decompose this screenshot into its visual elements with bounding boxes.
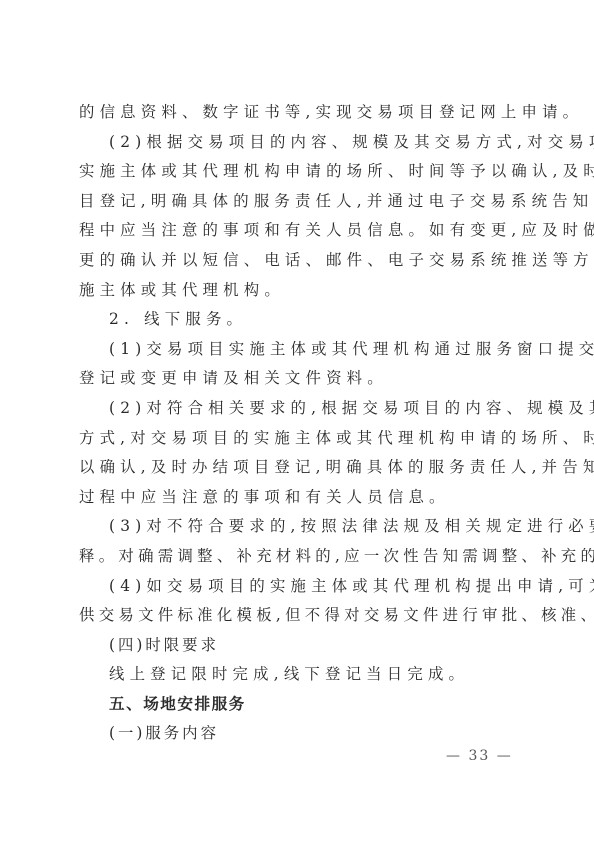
section-heading: 五、场地安排服务 bbox=[79, 690, 519, 720]
text-line: 供交易文件标准化模板,但不得对交易文件进行审批、核准、备案。 bbox=[79, 601, 519, 631]
section-item-heading: 2. 线下服务。 bbox=[79, 305, 519, 335]
subheading-time-limit: (四)时限要求 bbox=[79, 631, 519, 661]
text-line: 过程中应当注意的事项和有关人员信息。 bbox=[79, 483, 519, 513]
text-line: (1)交易项目实施主体或其代理机构通过服务窗口提交项目 bbox=[79, 335, 519, 365]
text-line: (4)如交易项目的实施主体或其代理机构提出申请,可为其提 bbox=[79, 572, 519, 602]
text-line: 程中应当注意的事项和有关人员信息。如有变更,应及时做好变 bbox=[79, 216, 519, 246]
text-line: (2)对符合相关要求的,根据交易项目的内容、规模及其交易 bbox=[79, 394, 519, 424]
text-line: 更的确认并以短信、电话、邮件、电子交易系统推送等方式通知实 bbox=[79, 246, 519, 276]
text-line: 线上登记限时完成,线下登记当日完成。 bbox=[79, 660, 519, 690]
text-line: 施主体或其代理机构。 bbox=[79, 276, 519, 306]
text-line: (2)根据交易项目的内容、规模及其交易方式,对交易项目的 bbox=[79, 128, 519, 158]
subheading-service-content: (一)服务内容 bbox=[79, 719, 519, 749]
text-line: 释。对确需调整、补充材料的,应一次性告知需调整、补充的材料。 bbox=[79, 542, 519, 572]
text-line: (3)对不符合要求的,按照法律法规及相关规定进行必要解 bbox=[79, 512, 519, 542]
text-line: 实施主体或其代理机构申请的场所、时间等予以确认,及时办结项 bbox=[79, 157, 519, 187]
text-line: 方式,对交易项目的实施主体或其代理机构申请的场所、时间等予 bbox=[79, 424, 519, 454]
document-page: 的信息资料、数字证书等,实现交易项目登记网上申请。 (2)根据交易项目的内容、规… bbox=[79, 98, 519, 749]
text-line: 登记或变更申请及相关文件资料。 bbox=[79, 364, 519, 394]
text-line: 的信息资料、数字证书等,实现交易项目登记网上申请。 bbox=[79, 98, 519, 128]
text-line: 目登记,明确具体的服务责任人,并通过电子交易系统告知交易过 bbox=[79, 187, 519, 217]
text-line: 以确认,及时办结项目登记,明确具体的服务责任人,并告知交易 bbox=[79, 453, 519, 483]
page-number: — 33 — bbox=[446, 748, 513, 764]
